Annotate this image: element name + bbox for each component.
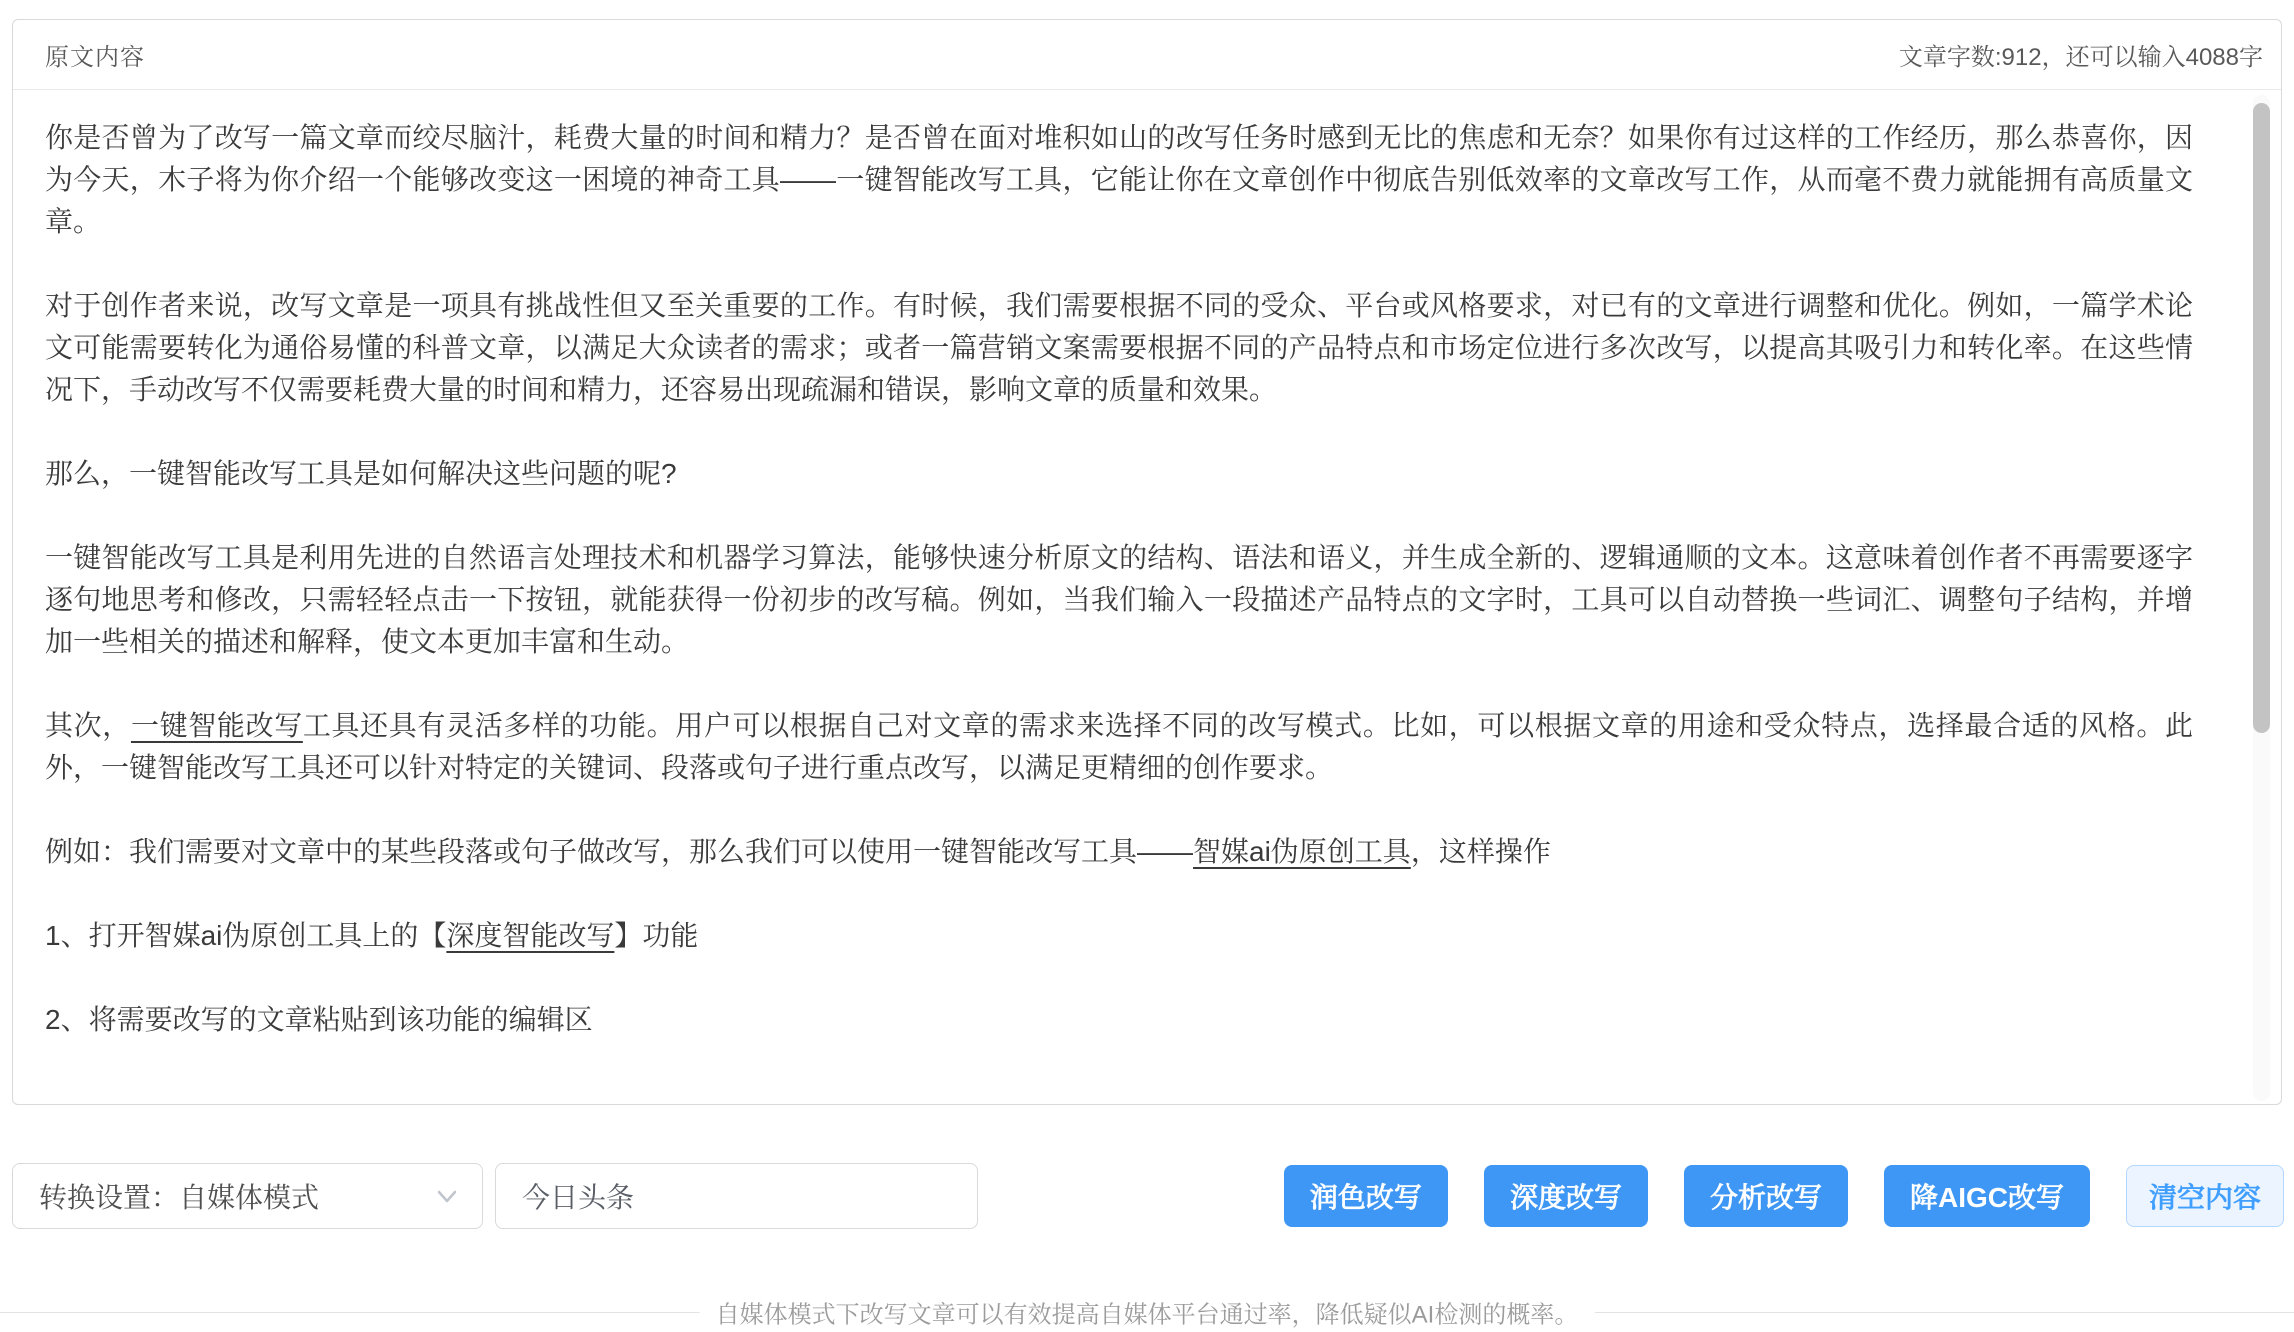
- article-paragraph: 那么，一键智能改写工具是如何解决这些问题的呢?: [45, 453, 2193, 495]
- reduce-aigc-button[interactable]: 降AIGC改写: [1884, 1165, 2090, 1227]
- conversion-mode-value: 转换设置：自媒体模式: [39, 1176, 432, 1216]
- platform-input[interactable]: [495, 1163, 978, 1229]
- clear-content-button[interactable]: 清空内容: [2126, 1165, 2284, 1227]
- underlined-phrase: 一键智能改写: [131, 710, 303, 741]
- article-paragraph: 其次，一键智能改写工具还具有灵活多样的功能。用户可以根据自己对文章的需求来选择不…: [45, 705, 2193, 789]
- controls-bar: 转换设置：自媒体模式 润色改写 深度改写 分析改写 降AIGC改写 清空内容: [0, 1163, 2294, 1229]
- button-row: 润色改写 深度改写 分析改写 降AIGC改写 清空内容: [1284, 1165, 2284, 1227]
- article-paragraph: 你是否曾为了改写一篇文章而绞尽脑汁，耗费大量的时间和精力？是否曾在面对堆积如山的…: [45, 117, 2193, 243]
- article-paragraph: 一键智能改写工具是利用先进的自然语言处理技术和机器学习算法，能够快速分析原文的结…: [45, 537, 2193, 663]
- scrollbar-track[interactable]: [2253, 95, 2270, 1101]
- underlined-phrase: 深度智能改写: [446, 920, 614, 951]
- underlined-phrase: 智媒ai伪原创工具: [1193, 836, 1411, 867]
- article-paragraph: 2、将需要改写的文章粘贴到该功能的编辑区: [45, 999, 2193, 1041]
- polish-rewrite-button[interactable]: 润色改写: [1284, 1165, 1448, 1227]
- panel-title: 原文内容: [45, 37, 145, 72]
- scrollbar-thumb[interactable]: [2253, 103, 2270, 733]
- chevron-down-icon: [432, 1181, 462, 1211]
- footer-note: 自媒体模式下改写文章可以有效提高自媒体平台通过率，降低疑似AI检测的概率。: [700, 1295, 1595, 1330]
- conversion-mode-select[interactable]: 转换设置：自媒体模式: [12, 1163, 483, 1229]
- article-paragraph: 例如：我们需要对文章中的某些段落或句子做改写，那么我们可以使用一键智能改写工具—…: [45, 831, 2193, 873]
- analyze-rewrite-button[interactable]: 分析改写: [1684, 1165, 1848, 1227]
- article-editor[interactable]: 你是否曾为了改写一篇文章而绞尽脑汁，耗费大量的时间和精力？是否曾在面对堆积如山的…: [13, 91, 2243, 1104]
- source-content-panel: 原文内容 文章字数:912，还可以输入4088字 你是否曾为了改写一篇文章而绞尽…: [12, 19, 2282, 1105]
- article-paragraph: 对于创作者来说，改写文章是一项具有挑战性但又至关重要的工作。有时候，我们需要根据…: [45, 285, 2193, 411]
- article-paragraph: 1、打开智媒ai伪原创工具上的【深度智能改写】功能: [45, 915, 2193, 957]
- panel-header: 原文内容 文章字数:912，还可以输入4088字: [13, 20, 2281, 90]
- word-count-label: 文章字数:912，还可以输入4088字: [1899, 37, 2263, 72]
- deep-rewrite-button[interactable]: 深度改写: [1484, 1165, 1648, 1227]
